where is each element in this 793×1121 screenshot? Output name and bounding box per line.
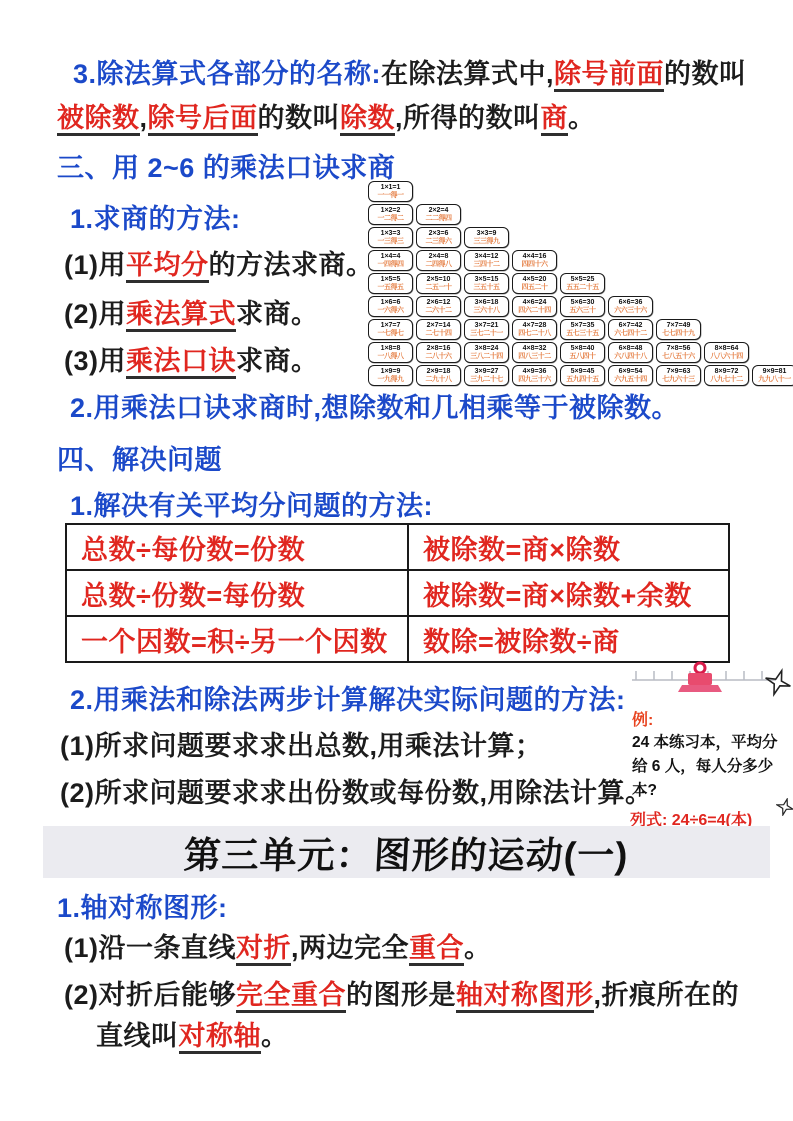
fact-mnemonic: 二七十四 (426, 330, 452, 338)
fact-mnemonic: 三八二十四 (470, 353, 503, 361)
fact-equation: 5×6=30 (571, 299, 595, 307)
ruler-and-clip-illustration (628, 658, 792, 700)
fact-equation: 7×9=63 (667, 368, 691, 376)
text-segment: 。 (261, 1021, 289, 1051)
fact-mnemonic: 九九八十一 (758, 376, 791, 384)
fact-equation: 4×5=20 (523, 276, 547, 284)
solve2-title: 2.用乘法和除法两步计算解决实际问题的方法: (70, 678, 626, 717)
fact-mnemonic: 五六三十 (570, 307, 596, 315)
multiplication-fact-cell: 1×5=5一五得五 (368, 273, 413, 294)
fact-equation: 2×7=14 (427, 322, 451, 330)
four-point-star-icon (762, 667, 792, 699)
fact-equation: 2×4=8 (429, 253, 449, 261)
multiplication-fact-cell: 2×9=18二九十八 (416, 365, 461, 386)
fact-mnemonic: 四七二十八 (518, 330, 551, 338)
fact-equation: 6×6=36 (619, 299, 643, 307)
fact-mnemonic: 三五十五 (474, 284, 500, 292)
multiplication-fact-cell: 1×6=6一六得六 (368, 296, 413, 317)
solve2-step-2: (2)所求问题要求求出份数或每份数,用除法计算。 (60, 771, 653, 810)
multiplication-fact-cell: 1×7=7一七得七 (368, 319, 413, 340)
keyword-underlined: 被除数 (57, 103, 140, 136)
fact-mnemonic: 七八五十六 (662, 353, 695, 361)
multiplication-fact-cell: 3×6=18三六十八 (464, 296, 509, 317)
formula-cell: 一个因数=积÷另一个因数 (66, 616, 408, 662)
multiplication-fact-cell: 6×7=42六七四十二 (608, 319, 653, 340)
multiplication-fact-cell: 4×6=24四六二十四 (512, 296, 557, 317)
text-segment: (2)用 (64, 299, 126, 329)
multiplication-fact-cell: 3×8=24三八二十四 (464, 342, 509, 363)
fact-mnemonic: 三九二十七 (470, 376, 503, 384)
quotient-methods-title: 1.求商的方法: (70, 197, 241, 236)
unit3-banner-title: 第三单元：图形的运动(一) (183, 825, 630, 879)
fact-equation: 1×7=7 (381, 322, 401, 330)
formula-cell: 总数÷每份数=份数 (66, 524, 408, 570)
multiplication-fact-cell: 4×9=36四九三十六 (512, 365, 557, 386)
fact-equation: 4×7=28 (523, 322, 547, 330)
fact-equation: 1×1=1 (381, 184, 401, 192)
fact-equation: 7×8=56 (667, 345, 691, 353)
fact-mnemonic: 一一得一 (378, 192, 404, 200)
formula-table-row: 总数÷份数=每份数被除数=商×除数+余数 (66, 570, 729, 616)
multiplication-fact-cell: 3×3=9三三得九 (464, 227, 509, 248)
multiplication-fact-cell: 9×9=81九九八十一 (752, 365, 793, 386)
multiplication-fact-cell: 2×7=14二七十四 (416, 319, 461, 340)
fact-mnemonic: 一八得八 (378, 353, 404, 361)
fact-mnemonic: 七九六十三 (662, 376, 695, 384)
fact-mnemonic: 三七二十一 (470, 330, 503, 338)
pyramid-row: 1×6=6一六得六2×6=12二六十二3×6=18三六十八4×6=24四六二十四… (368, 296, 793, 317)
keyword-underlined: 乘法口诀 (126, 346, 236, 379)
fact-mnemonic: 二二得四 (426, 215, 452, 223)
keyword-underlined: 对折 (236, 933, 291, 966)
fact-mnemonic: 四六二十四 (518, 307, 551, 315)
multiplication-fact-cell: 1×8=8一八得八 (368, 342, 413, 363)
fact-equation: 3×4=12 (475, 253, 499, 261)
fact-equation: 1×3=3 (381, 230, 401, 238)
text-segment: (2)对折后能够 (64, 980, 236, 1010)
fact-equation: 1×6=6 (381, 299, 401, 307)
fact-mnemonic: 三三得九 (474, 238, 500, 246)
fact-equation: 5×7=35 (571, 322, 595, 330)
text-segment: 的方法求商。 (209, 250, 374, 280)
fact-equation: 1×9=9 (381, 368, 401, 376)
example-label: 例: (632, 707, 792, 730)
fact-mnemonic: 二四得八 (426, 261, 452, 269)
fact-equation: 5×5=25 (571, 276, 595, 284)
fact-mnemonic: 四九三十六 (518, 376, 551, 384)
fact-mnemonic: 七七四十九 (662, 330, 695, 338)
text-segment: (1)沿一条直线 (64, 933, 236, 963)
keyword-underlined: 平均分 (126, 250, 209, 283)
text-segment: ,两边完全 (291, 933, 409, 963)
example-problem-text: 24 本练习本，平均分给 6 人，每人分多少本? (632, 731, 790, 803)
multiplication-fact-cell: 4×7=28四七二十八 (512, 319, 557, 340)
fact-equation: 6×8=48 (619, 345, 643, 353)
fact-equation: 7×7=49 (667, 322, 691, 330)
keyword-underlined: 重合 (409, 933, 464, 966)
fact-equation: 5×9=45 (571, 368, 595, 376)
multiplication-fact-cell: 5×8=40五八四十 (560, 342, 605, 363)
fact-equation: 5×8=40 (571, 345, 595, 353)
multiplication-fact-cell: 7×8=56七八五十六 (656, 342, 701, 363)
small-star-icon (776, 798, 793, 816)
fact-mnemonic: 五七三十五 (566, 330, 599, 338)
fact-equation: 6×7=42 (619, 322, 643, 330)
section4-heading: 四、解决问题 (57, 438, 222, 477)
fact-mnemonic: 三六十八 (474, 307, 500, 315)
fact-equation: 2×9=18 (427, 368, 451, 376)
text-segment: 直线叫 (96, 1021, 179, 1051)
pyramid-row: 1×4=4一四得四2×4=8二四得八3×4=12三四十二4×4=16四四十六 (368, 250, 793, 271)
section3-heading: 三、用 2~6 的乘法口诀求商 (57, 146, 395, 185)
fact-equation: 1×4=4 (381, 253, 401, 261)
fact-mnemonic: 三四十二 (474, 261, 500, 269)
fact-equation: 1×8=8 (381, 345, 401, 353)
keyword-underlined: 对称轴 (179, 1021, 262, 1054)
fact-mnemonic: 一四得四 (378, 261, 404, 269)
formula-table-row: 一个因数=积÷另一个因数数除=被除数÷商 (66, 616, 729, 662)
formula-cell: 数除=被除数÷商 (408, 616, 729, 662)
pyramid-row: 1×7=7一七得七2×7=14二七十四3×7=21三七二十一4×7=28四七二十… (368, 319, 793, 340)
fact-mnemonic: 四五二十 (522, 284, 548, 292)
multiplication-fact-cell: 4×8=32四八三十二 (512, 342, 557, 363)
multiplication-fact-cell: 3×5=15三五十五 (464, 273, 509, 294)
multiplication-fact-cell: 3×4=12三四十二 (464, 250, 509, 271)
multiplication-fact-cell: 6×6=36六六三十六 (608, 296, 653, 317)
keyword-underlined: 轴对称图形 (456, 980, 594, 1013)
division-names-line2: 被除数,除号后面的数叫除数,所得的数叫商。 (57, 96, 596, 135)
keyword-underlined: 商 (541, 103, 569, 136)
fact-mnemonic: 二三得六 (426, 238, 452, 246)
fact-mnemonic: 一二得二 (378, 215, 404, 223)
text-segment: (3)用 (64, 346, 126, 376)
keyword-underlined: 除号前面 (554, 59, 664, 92)
fact-equation: 1×2=2 (381, 207, 401, 215)
fact-mnemonic: 二五一十 (426, 284, 452, 292)
formula-table-row: 总数÷每份数=份数被除数=商×除数 (66, 524, 729, 570)
fact-mnemonic: 一七得七 (378, 330, 404, 338)
mnemonic-note: 2.用乘法口诀求商时,想除数和几相乘等于被除数。 (70, 386, 679, 425)
keyword-underlined: 完全重合 (236, 980, 346, 1013)
text-segment: 的数叫 (664, 59, 747, 89)
fact-equation: 2×5=10 (427, 276, 451, 284)
fact-equation: 4×4=16 (523, 253, 547, 261)
multiplication-fact-cell: 1×3=3一三得三 (368, 227, 413, 248)
text-segment: , (140, 103, 148, 133)
fact-equation: 1×5=5 (381, 276, 401, 284)
fact-equation: 2×6=12 (427, 299, 451, 307)
multiplication-fact-cell: 1×2=2一二得二 (368, 204, 413, 225)
fact-equation: 2×8=16 (427, 345, 451, 353)
division-names-line1: 3.除法算式各部分的名称:在除法算式中,除号前面的数叫 (73, 52, 747, 91)
text-segment: 。 (464, 933, 492, 963)
axis-symmetry-title: 1.轴对称图形: (57, 886, 228, 925)
pyramid-row: 1×3=3一三得三2×3=6二三得六3×3=9三三得九 (368, 227, 793, 248)
fact-mnemonic: 一三得三 (378, 238, 404, 246)
fact-equation: 6×9=54 (619, 368, 643, 376)
multiplication-fact-cell: 4×4=16四四十六 (512, 250, 557, 271)
pyramid-row: 1×8=8一八得八2×8=16二八十六3×8=24三八二十四4×8=32四八三十… (368, 342, 793, 363)
fact-mnemonic: 一五得五 (378, 284, 404, 292)
text-segment: 的数叫 (258, 103, 341, 133)
fact-mnemonic: 一九得九 (378, 376, 404, 384)
quotient-method-1: (1)用平均分的方法求商。 (64, 243, 374, 282)
fact-mnemonic: 五五二十五 (566, 284, 599, 292)
fact-mnemonic: 六七四十二 (614, 330, 647, 338)
keyword-underlined: 除数 (340, 103, 395, 136)
fact-mnemonic: 五八四十 (570, 353, 596, 361)
fact-mnemonic: 四四十六 (522, 261, 548, 269)
text-segment: 。 (568, 103, 596, 133)
multiplication-fact-cell: 2×3=6二三得六 (416, 227, 461, 248)
fact-equation: 2×2=4 (429, 207, 449, 215)
text-segment: 在除法算式中, (381, 59, 554, 89)
multiplication-fact-cell: 1×1=1一一得一 (368, 181, 413, 202)
fact-equation: 3×5=15 (475, 276, 499, 284)
fact-equation: 3×9=27 (475, 368, 499, 376)
multiplication-fact-cell: 5×5=25五五二十五 (560, 273, 605, 294)
multiplication-fact-cell: 5×9=45五九四十五 (560, 365, 605, 386)
multiplication-fact-cell: 3×9=27三九二十七 (464, 365, 509, 386)
fact-equation: 4×6=24 (523, 299, 547, 307)
fact-mnemonic: 一六得六 (378, 307, 404, 315)
multiplication-table-pyramid: 1×1=1一一得一1×2=2一二得二2×2=4二二得四1×3=3一三得三2×3=… (368, 181, 793, 388)
multiplication-fact-cell: 7×9=63七九六十三 (656, 365, 701, 386)
fact-mnemonic: 六八四十八 (614, 353, 647, 361)
fact-equation: 4×8=32 (523, 345, 547, 353)
fact-mnemonic: 二九十八 (426, 376, 452, 384)
text-segment: 求商。 (236, 299, 319, 329)
text-segment: 3.除法算式各部分的名称: (73, 59, 381, 89)
axis-symmetry-point-2-line1: (2)对折后能够完全重合的图形是轴对称图形,折痕所在的 (64, 973, 739, 1012)
unit3-banner: 第三单元：图形的运动(一) (43, 826, 770, 878)
fact-mnemonic: 六九五十四 (614, 376, 647, 384)
fact-mnemonic: 八九七十二 (710, 376, 743, 384)
multiplication-fact-cell: 6×9=54六九五十四 (608, 365, 653, 386)
fact-equation: 3×7=21 (475, 322, 499, 330)
formula-cell: 被除数=商×除数 (408, 524, 729, 570)
text-segment: ,折痕所在的 (594, 980, 740, 1010)
fact-mnemonic: 二六十二 (426, 307, 452, 315)
fact-mnemonic: 二八十六 (426, 353, 452, 361)
keyword-underlined: 除号后面 (148, 103, 258, 136)
fact-equation: 4×9=36 (523, 368, 547, 376)
formula-cell: 总数÷份数=每份数 (66, 570, 408, 616)
multiplication-fact-cell: 8×8=64八八六十四 (704, 342, 749, 363)
fact-mnemonic: 六六三十六 (614, 307, 647, 315)
quotient-method-2: (2)用乘法算式求商。 (64, 292, 319, 331)
multiplication-fact-cell: 6×8=48六八四十八 (608, 342, 653, 363)
fact-equation: 3×6=18 (475, 299, 499, 307)
multiplication-fact-cell: 1×4=4一四得四 (368, 250, 413, 271)
fact-mnemonic: 四八三十二 (518, 353, 551, 361)
keyword-underlined: 乘法算式 (126, 299, 236, 332)
formula-table: 总数÷每份数=份数被除数=商×除数总数÷份数=每份数被除数=商×除数+余数一个因… (65, 523, 730, 663)
multiplication-fact-cell: 2×6=12二六十二 (416, 296, 461, 317)
text-segment: 求商。 (236, 346, 319, 376)
multiplication-fact-cell: 5×7=35五七三十五 (560, 319, 605, 340)
text-segment: (1)用 (64, 250, 126, 280)
formula-cell: 被除数=商×除数+余数 (408, 570, 729, 616)
pink-clip-icon (678, 663, 722, 692)
solve2-step-1: (1)所求问题要求求出总数,用乘法计算； (60, 724, 543, 763)
fact-mnemonic: 八八六十四 (710, 353, 743, 361)
axis-symmetry-point-2-line2: 直线叫对称轴。 (96, 1014, 289, 1053)
quotient-method-3: (3)用乘法口诀求商。 (64, 339, 319, 378)
multiplication-fact-cell: 4×5=20四五二十 (512, 273, 557, 294)
multiplication-fact-cell: 2×4=8二四得八 (416, 250, 461, 271)
text-segment: 的图形是 (346, 980, 456, 1010)
fact-equation: 2×3=6 (429, 230, 449, 238)
axis-symmetry-point-1: (1)沿一条直线对折,两边完全重合。 (64, 926, 492, 965)
fact-equation: 3×8=24 (475, 345, 499, 353)
pyramid-row: 1×2=2一二得二2×2=4二二得四 (368, 204, 793, 225)
example-panel: 例: 24 本练习本，平均分给 6 人，每人分多少本? 列式: 24÷6=4(本… (628, 658, 792, 834)
fact-equation: 8×9=72 (715, 368, 739, 376)
multiplication-fact-cell: 8×9=72八九七十二 (704, 365, 749, 386)
multiplication-fact-cell: 2×5=10二五一十 (416, 273, 461, 294)
multiplication-fact-cell: 5×6=30五六三十 (560, 296, 605, 317)
multiplication-fact-cell: 1×9=9一九得九 (368, 365, 413, 386)
fact-equation: 3×3=9 (477, 230, 497, 238)
fact-equation: 8×8=64 (715, 345, 739, 353)
fact-mnemonic: 五九四十五 (566, 376, 599, 384)
text-segment: ,所得的数叫 (395, 103, 541, 133)
fact-equation: 9×9=81 (763, 368, 787, 376)
multiplication-fact-cell: 2×8=16二八十六 (416, 342, 461, 363)
study-notes-page: 3.除法算式各部分的名称:在除法算式中,除号前面的数叫 被除数,除号后面的数叫除… (0, 0, 793, 1121)
pyramid-row: 1×1=1一一得一 (368, 181, 793, 202)
pyramid-row: 1×9=9一九得九2×9=18二九十八3×9=27三九二十七4×9=36四九三十… (368, 365, 793, 386)
multiplication-fact-cell: 7×7=49七七四十九 (656, 319, 701, 340)
pyramid-row: 1×5=5一五得五2×5=10二五一十3×5=15三五十五4×5=20四五二十5… (368, 273, 793, 294)
solve1-title: 1.解决有关平均分问题的方法: (70, 484, 433, 523)
multiplication-fact-cell: 2×2=4二二得四 (416, 204, 461, 225)
multiplication-fact-cell: 3×7=21三七二十一 (464, 319, 509, 340)
